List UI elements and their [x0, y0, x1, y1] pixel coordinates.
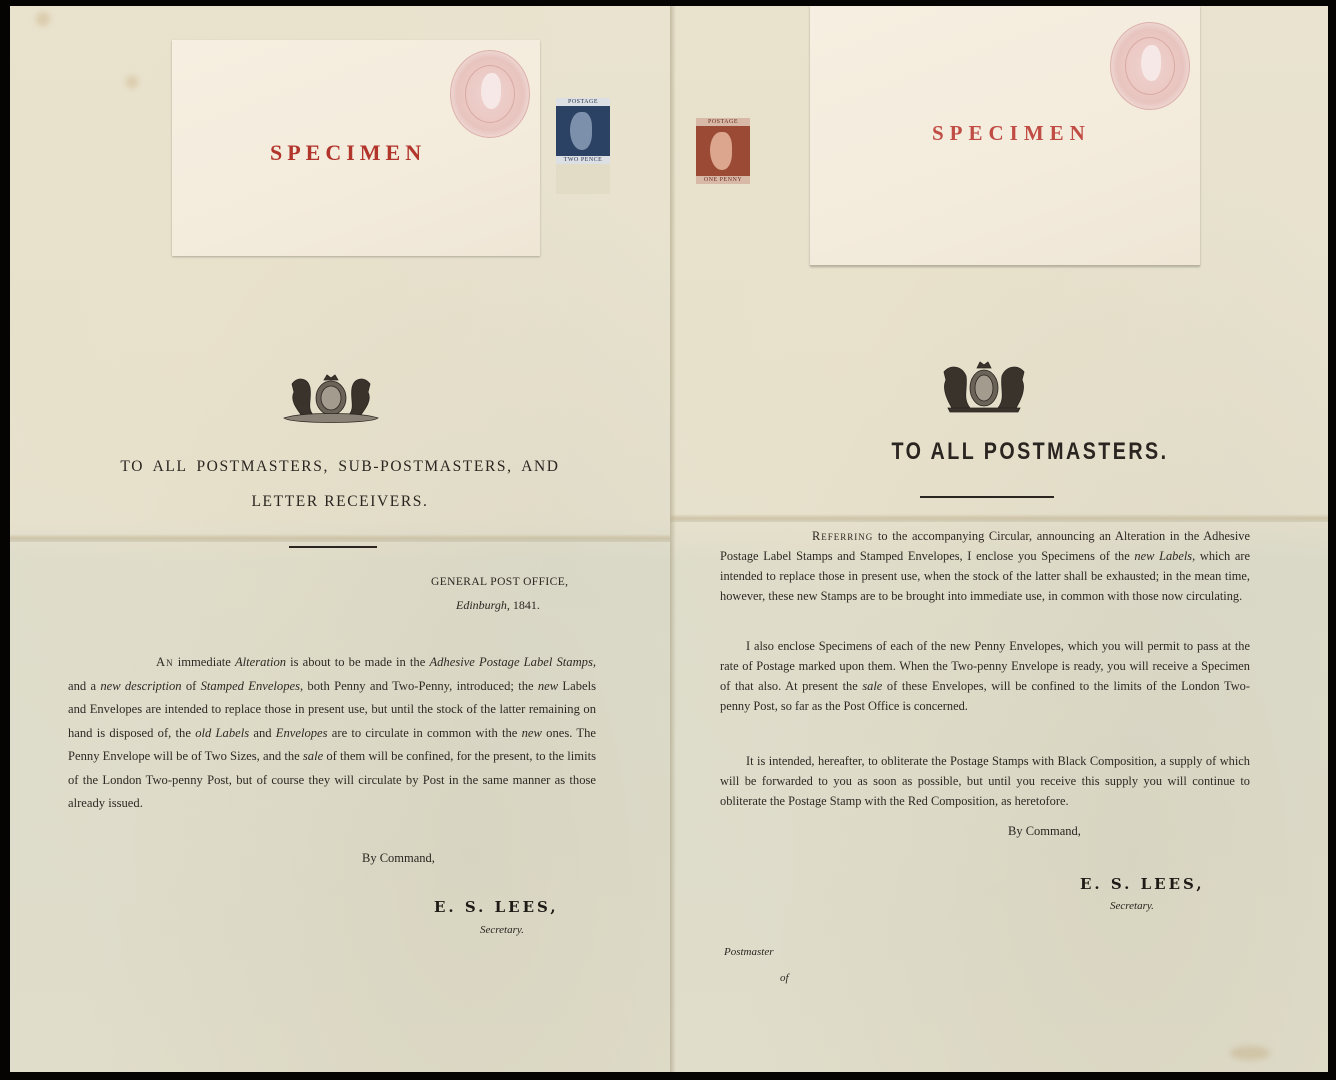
specimen-envelope: SPECIMEN [172, 40, 540, 256]
title-divider [920, 496, 1054, 498]
right-circular-sheet: POSTAGE ONE PENNY SPECIMEN TO ALL POSTMA… [670, 6, 1328, 1072]
foxing-stain [36, 12, 50, 26]
embossed-queen-die-icon [1110, 22, 1190, 110]
postmaster-of-label: of [780, 972, 789, 984]
signature-name: E. S. LEES, [1080, 875, 1205, 893]
stamp-value-label: TWO PENCE [556, 156, 610, 164]
signature-title: Secretary. [1110, 900, 1154, 912]
place-date: Edinburgh, 1841. [456, 598, 540, 613]
left-circular-sheet: SPECIMEN POSTAGE TWO PENCE TO ALL POSTMA… [10, 6, 670, 1072]
notice-paragraph-2: I also enclose Specimens of each of the … [720, 636, 1250, 716]
notice-paragraph-1: Referring to the accompanying Circular, … [720, 526, 1250, 606]
stamp-sheet-margin [556, 164, 610, 194]
royal-coat-of-arms-icon [934, 358, 1034, 414]
closing-by-command: By Command, [1008, 824, 1081, 839]
stamp-top-label: POSTAGE [556, 98, 610, 106]
place-label: Edinburgh, [456, 598, 510, 612]
specimen-overprint: SPECIMEN [932, 121, 1091, 146]
foxing-stain [1230, 1046, 1270, 1060]
stamp-value-label: ONE PENNY [696, 176, 750, 184]
circular-title-line-2: LETTER RECEIVERS. [102, 493, 578, 511]
queen-portrait-icon [570, 112, 592, 150]
notice-title: TO ALL POSTMASTERS. [841, 438, 1218, 466]
one-penny-red-stamp: POSTAGE ONE PENNY [696, 118, 750, 184]
postmaster-address-label: Postmaster [724, 946, 774, 958]
title-divider [289, 546, 377, 548]
vertical-fold-crease [670, 6, 676, 1072]
horizontal-fold-crease [670, 514, 1328, 522]
foxing-stain [126, 76, 138, 88]
circular-title-line-1: TO ALL POSTMASTERS, SUB-POSTMASTERS, AND [102, 458, 578, 476]
embossed-queen-die-icon [450, 50, 530, 138]
stamp-top-label: POSTAGE [696, 118, 750, 126]
closing-by-command: By Command, [362, 851, 435, 866]
royal-coat-of-arms-icon [272, 372, 390, 426]
horizontal-fold-crease [10, 534, 670, 542]
notice-paragraph-3: It is intended, hereafter, to obliterate… [720, 751, 1250, 811]
two-penny-blue-stamp: POSTAGE TWO PENCE [556, 98, 610, 164]
specimen-overprint: SPECIMEN [270, 140, 426, 166]
year-label: 1841. [510, 598, 540, 612]
specimen-envelope: SPECIMEN [810, 6, 1200, 266]
signature-title: Secretary. [480, 924, 524, 936]
signature-name: E. S. LEES, [434, 898, 559, 916]
circular-body-paragraph: An immediate Alteration is about to be m… [68, 651, 596, 816]
office-heading: GENERAL POST OFFICE, [431, 576, 568, 588]
queen-portrait-icon [710, 132, 732, 170]
